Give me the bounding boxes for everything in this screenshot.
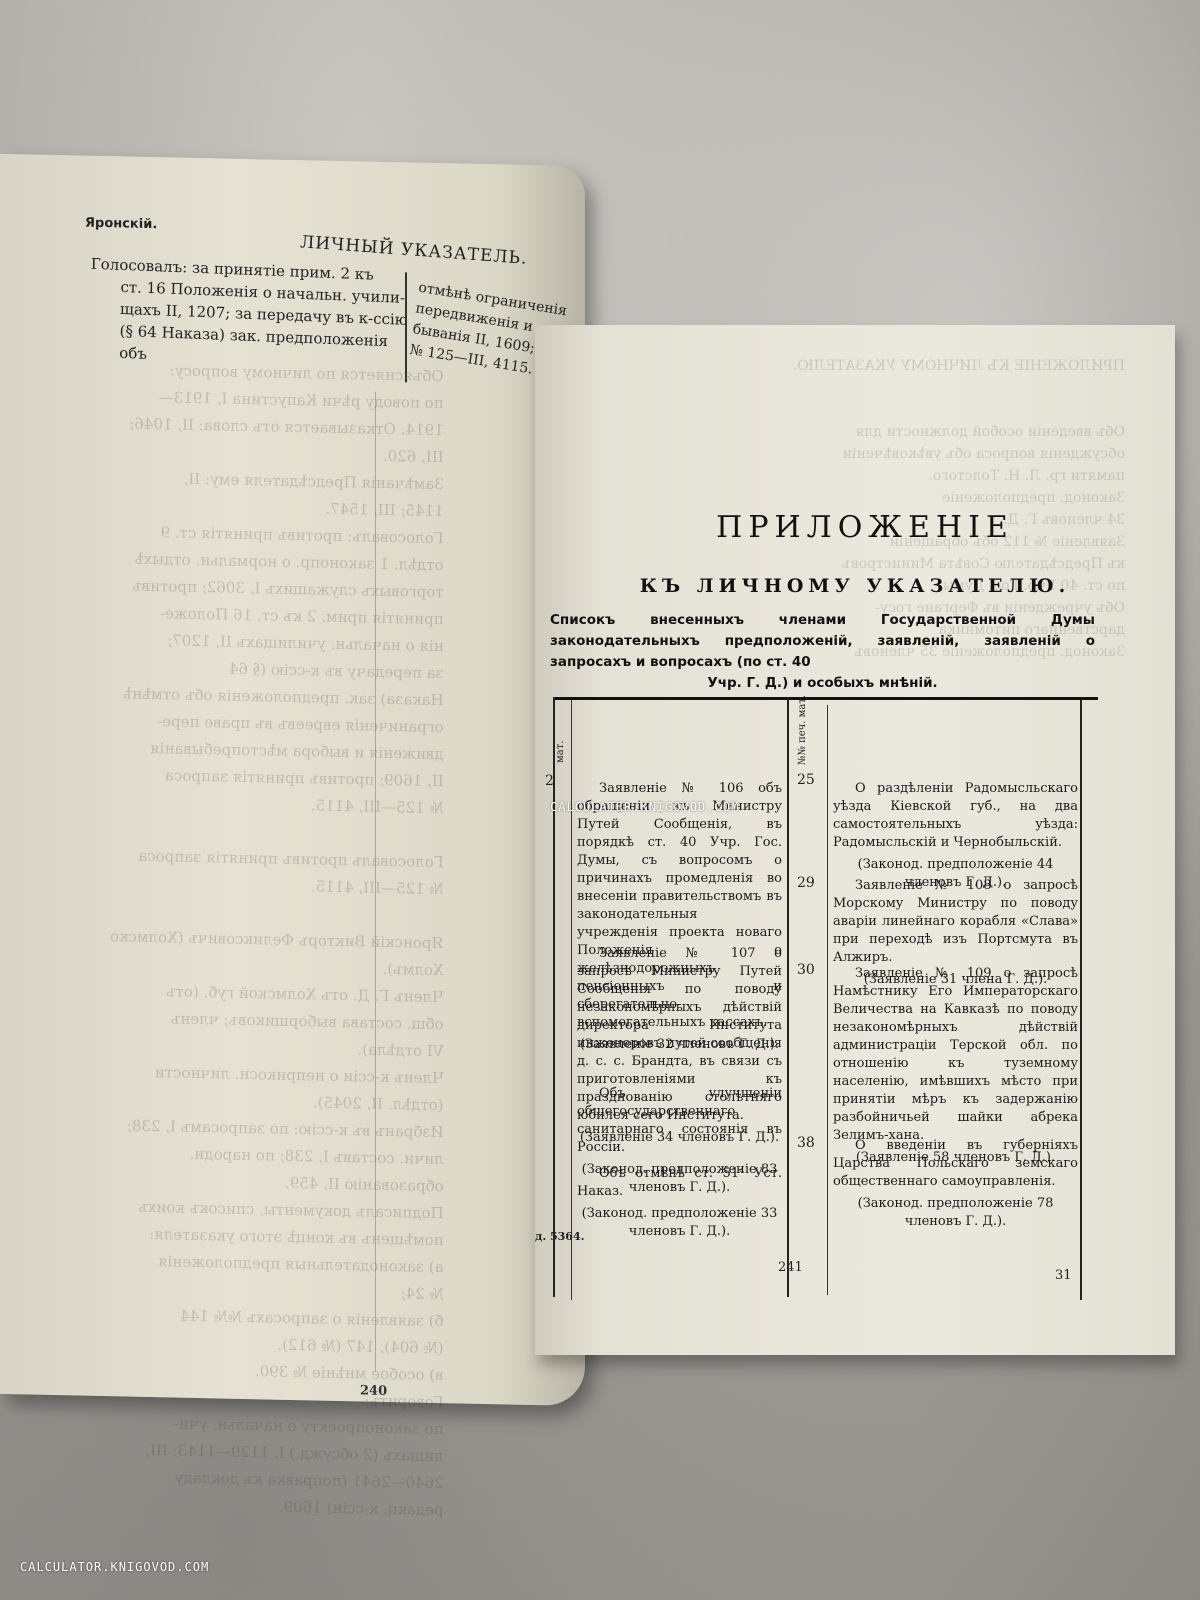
description-text-end: Учр. Г. Д.) и особыхъ мнѣній. — [550, 673, 1095, 694]
entry-number: 30 — [797, 962, 815, 978]
entry-text: Объ улучшеніи общегосударственнаго санит… — [577, 1085, 782, 1157]
description-text: Списокъ внесенныхъ членами Государственн… — [550, 612, 1095, 670]
page-number-corner: 31 — [1055, 1268, 1072, 1283]
table-rule — [571, 700, 572, 1300]
entry-text: Заявленіе № 109 о запросѣ Намѣстнику Его… — [833, 965, 1078, 1145]
column-divider — [375, 392, 376, 1372]
entry-text: Объ отмѣнѣ ст. 51⁴ Уст. Наказ. — [577, 1165, 782, 1201]
margin-fragment: д. 5364. — [535, 1230, 584, 1243]
entry-number: 38 — [797, 1135, 815, 1151]
bleed-through-text: Объясняется по личному вопросу:по поводу… — [110, 356, 444, 1524]
running-head-name: Яронскій. — [85, 216, 157, 233]
entry-number: 2 — [545, 773, 554, 789]
right-page: ПРИЛОЖЕНІЕ КЪ ЛИЧНОМУ УКАЗАТЕЛЮ.Объ введ… — [535, 325, 1175, 1355]
watermark-center: CALCULATER.KNIGOVOD.COM — [550, 800, 739, 814]
entry-note: (Законод. предположеніе 33 членовъ Г. Д.… — [577, 1205, 782, 1241]
list-item: Объ отмѣнѣ ст. 51⁴ Уст. Наказ. (Законод.… — [577, 1165, 782, 1241]
left-page-column-1: Голосовалъ: за принятіе прим. 2 къ ст. 1… — [119, 254, 411, 375]
entry-number: 29 — [797, 875, 815, 891]
list-item: О раздѣленіи Радомысльскаго уѣзда Кіевск… — [833, 780, 1078, 892]
list-item: О введеніи въ губерніяхъ Царства Польска… — [833, 1137, 1078, 1231]
watermark-bottom: CALCULATOR.KNIGOVOD.COM — [20, 1560, 209, 1574]
page-number-left: 240 — [360, 1383, 387, 1399]
column-divider — [405, 272, 407, 382]
appendix-description: Списокъ внесенныхъ членами Государственн… — [550, 610, 1095, 694]
column-header: №№ печ. мат. — [797, 695, 808, 765]
column-header: мат. — [555, 741, 566, 763]
page-number-right: 241 — [778, 1260, 803, 1275]
table-rule — [827, 705, 828, 1295]
table-top-rule — [553, 697, 1098, 700]
entry-note: (Законод. предположеніе 78 членовъ Г. Д.… — [833, 1195, 1078, 1231]
appendix-title: ПРИЛОЖЕНІЕ — [595, 510, 1135, 545]
entry-number: 25 — [797, 772, 815, 788]
table-rule — [787, 697, 789, 1297]
left-page: Объясняется по личному вопросу:по поводу… — [0, 154, 585, 1406]
entry-text: Заявленіе № 108 о запросѣ Морскому Минис… — [833, 877, 1078, 967]
entry-text: О раздѣленіи Радомысльскаго уѣзда Кіевск… — [833, 780, 1078, 852]
table-rule — [1080, 700, 1082, 1300]
appendix-subtitle: КЪ ЛИЧНОМУ УКАЗАТЕЛЮ. — [575, 575, 1135, 597]
entry-text: О введеніи въ губерніяхъ Царства Польска… — [833, 1137, 1078, 1191]
